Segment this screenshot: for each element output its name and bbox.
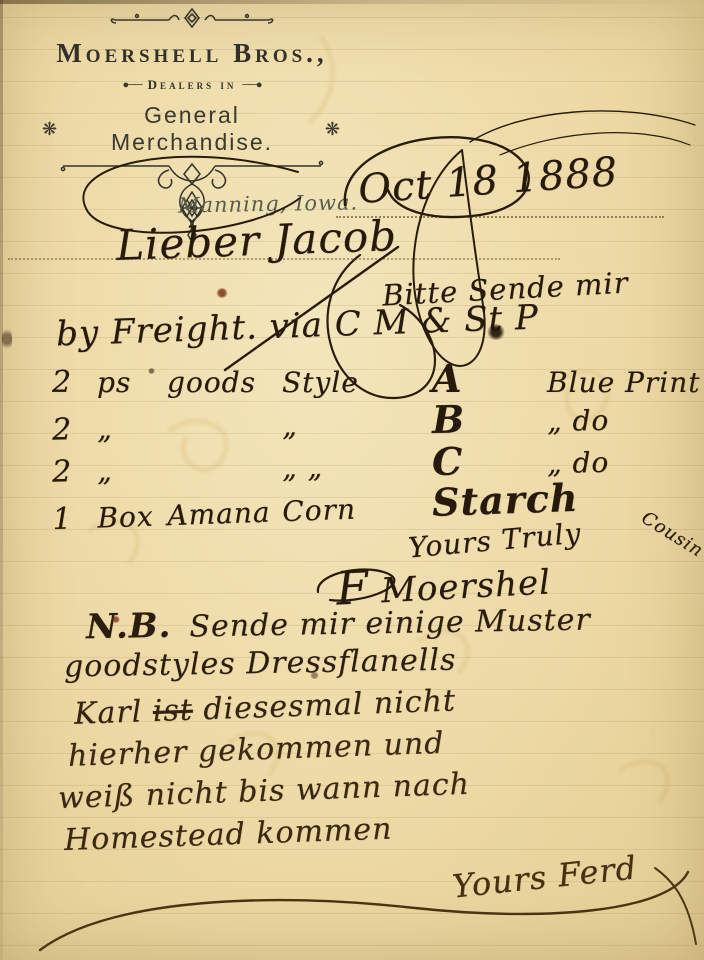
- rust-speck: [216, 288, 228, 298]
- shipping-line: by Freight. via C M & St P: [55, 298, 539, 355]
- salutation: Lieber Jacob: [115, 211, 397, 270]
- order-item-cell: ps: [97, 366, 167, 399]
- order-item-cell: „: [97, 412, 168, 446]
- rule-right-ornament: ──●: [242, 79, 261, 91]
- dealers-in-row: ●── Dealers in ──●: [42, 77, 342, 93]
- nota-bene-label: N.B.: [86, 606, 172, 647]
- order-item-cell: Amana: [167, 495, 283, 532]
- asterisk-ornament-left: ❋: [42, 119, 59, 140]
- signoff: Yours Ferd: [451, 848, 639, 905]
- letter-document: Moershell Bros., ●── Dealers in ──● ❋ Ge…: [0, 0, 704, 960]
- order-item-cell: Box: [97, 499, 168, 534]
- company-name: Moershell Bros.,: [42, 38, 342, 69]
- order-item-cell: 1: [52, 501, 98, 538]
- order-item-cell: 2: [52, 412, 98, 448]
- scroll-rule-ornament: [107, 6, 277, 32]
- order-item-cell: „ do: [547, 402, 693, 438]
- order-item-cell: B: [432, 395, 548, 442]
- order-item-cell: 2: [52, 365, 97, 400]
- order-item-cell: Starch: [431, 476, 548, 525]
- order-item-cell: [167, 478, 282, 480]
- order-item-cell: „ „: [282, 449, 433, 485]
- order-item-cell: [167, 436, 282, 438]
- rule-left-ornament: ●──: [122, 79, 141, 91]
- asterisk-ornament-right: ❋: [325, 119, 342, 140]
- handwritten-date: Oct 18 1888: [357, 149, 620, 213]
- order-item-cell: goods: [167, 366, 282, 399]
- scan-edge-top: [0, 0, 704, 4]
- business-line-row: ❋ General Merchandise. ❋: [42, 102, 342, 156]
- edge-speck: [2, 328, 12, 350]
- order-item-cell: „: [282, 407, 433, 443]
- scan-edge-left: [0, 0, 3, 960]
- order-item-cell: 2: [52, 454, 98, 490]
- order-item-row: 2psgoodsStyleABlue Print: [52, 356, 692, 398]
- order-item-cell: Style: [282, 366, 432, 399]
- order-items: 2psgoodsStyleABlue Print2„„B„ do2„„ „C„ …: [52, 356, 692, 524]
- business-line: General Merchandise.: [63, 102, 321, 156]
- postscript: N.B.Sende mir einige Mustergoodstyles Dr…: [52, 602, 692, 854]
- order-item-cell: Corn: [282, 490, 433, 528]
- dealers-in-label: Dealers in: [148, 77, 237, 93]
- order-item-cell: „: [97, 454, 168, 488]
- struck-word: ist: [152, 693, 193, 729]
